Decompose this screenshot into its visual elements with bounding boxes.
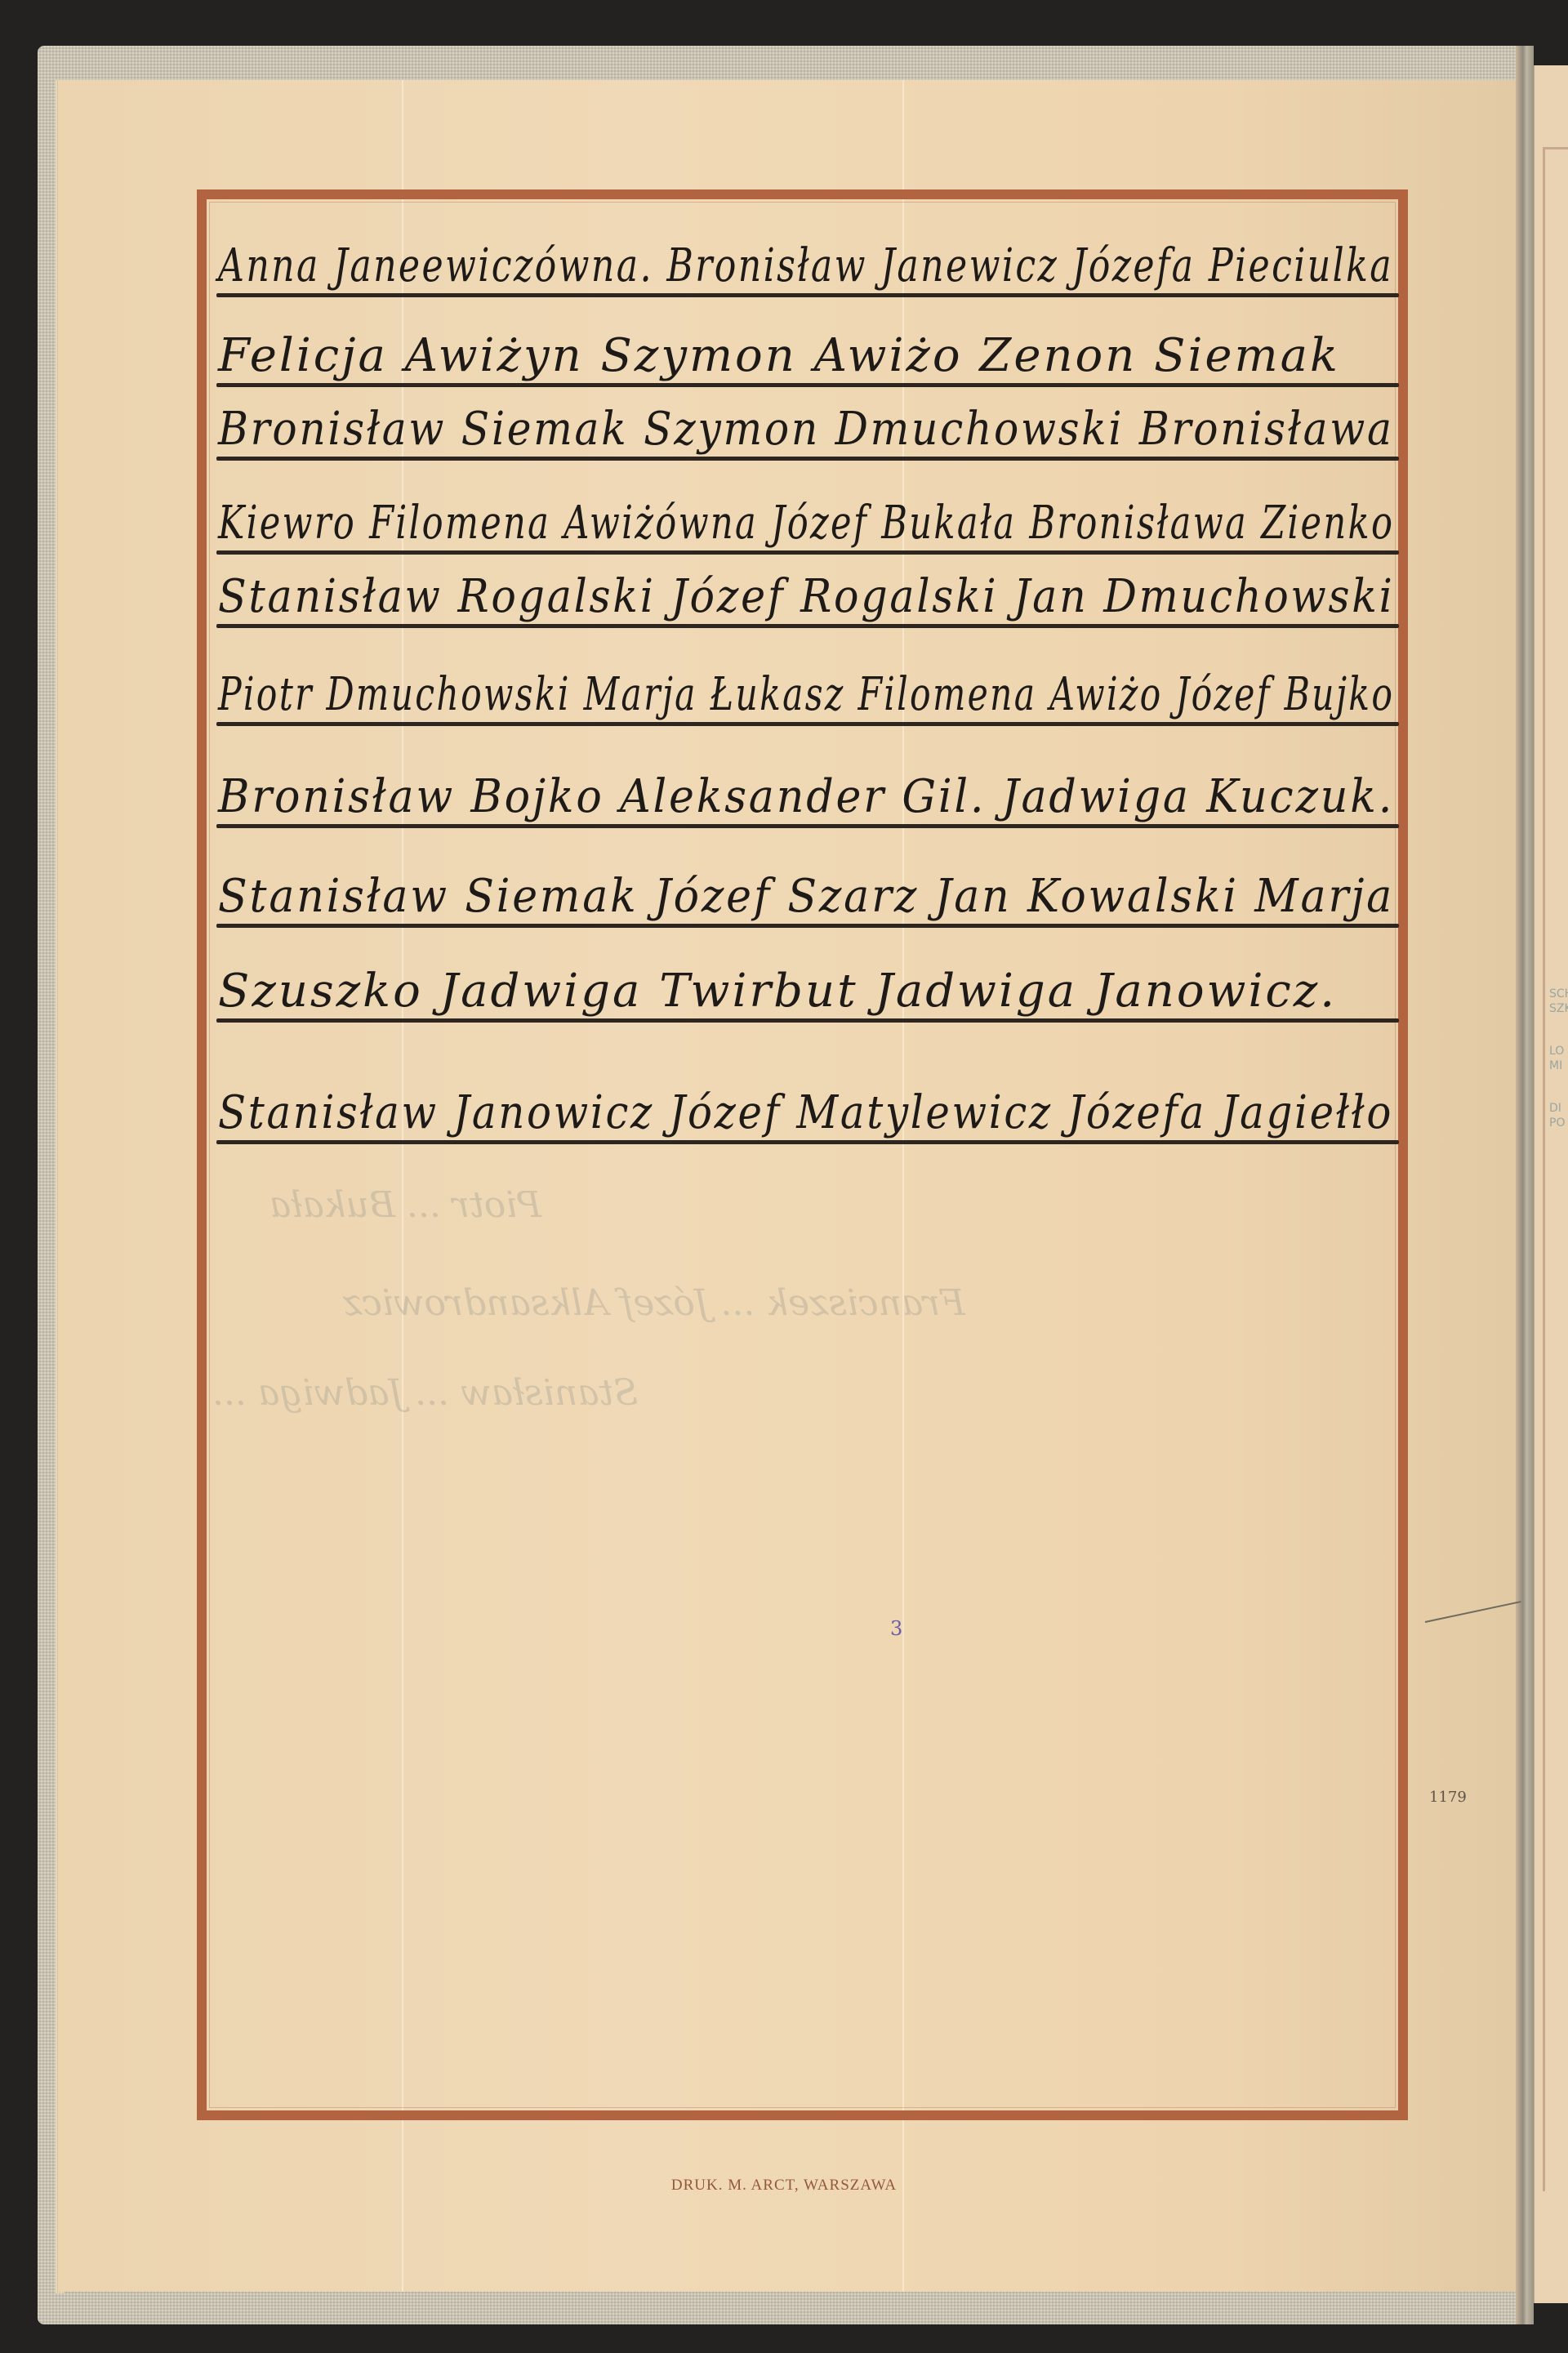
register-line: Stanisław Janowicz Józef Matylewicz Józe… [207,1046,1399,1144]
register-line: Anna Janeewiczówna. Bronisław Janewicz J… [207,199,1399,297]
book-gutter [1516,46,1534,2324]
facing-page: SCH SZK LO MI DI PO [1534,65,1568,2303]
facing-page-fragment: LO [1549,1045,1568,1057]
facing-page-fragment: SCH [1549,988,1568,1000]
handwritten-names: Bronisław Siemak Szymon Dmuchowski Broni… [218,403,1394,456]
register-line: Piotr Dmuchowski Marja Łukasz Filomena A… [207,628,1399,726]
facing-page-fragment: PO [1549,1117,1568,1129]
register-line: Stanisław Siemak Józef Szarz Jan Kowalsk… [207,830,1399,928]
handwritten-names: Bronisław Bojko Aleksander Gil. Jadwiga … [218,771,1394,823]
printer-imprint: DRUK. M. ARCT, WARSZAWA [0,2177,1568,2195]
ruled-line [216,1018,1399,1023]
register-line: Bronisław Bojko Aleksander Gil. Jadwiga … [207,730,1399,828]
handwritten-names: Piotr Dmuchowski Marja Łukasz Filomena A… [218,669,1394,721]
pencil-mark: 3 [890,1617,902,1640]
ruled-line [216,722,1399,726]
handwritten-names: Stanisław Rogalski Józef Rogalski Jan Dm… [218,571,1395,623]
facing-page-fragment: DI [1549,1103,1568,1114]
facing-page-fragment: MI [1549,1060,1568,1072]
register-line: Stanisław Rogalski Józef Rogalski Jan Dm… [207,530,1399,628]
handwritten-names: Stanisław Janowicz Józef Matylewicz Józe… [218,1087,1393,1139]
register-line: Bronisław Siemak Szymon Dmuchowski Broni… [207,363,1399,461]
margin-note: 1179 [1429,1789,1467,1806]
facing-page-frame [1543,147,1568,2191]
handwritten-names: Stanisław Siemak Józef Szarz Jan Kowalsk… [218,871,1394,923]
facing-page-fragment: SZK [1549,1003,1568,1014]
ruled-line [216,1140,1399,1144]
handwritten-names: Szuszko Jadwiga Twirbut Jadwiga Janowicz… [218,965,1337,1018]
register-line: Szuszko Jadwiga Twirbut Jadwiga Janowicz… [207,925,1399,1023]
handwritten-names: Anna Janeewiczówna. Bronisław Janewicz J… [218,240,1393,292]
ruled-line [216,824,1399,828]
